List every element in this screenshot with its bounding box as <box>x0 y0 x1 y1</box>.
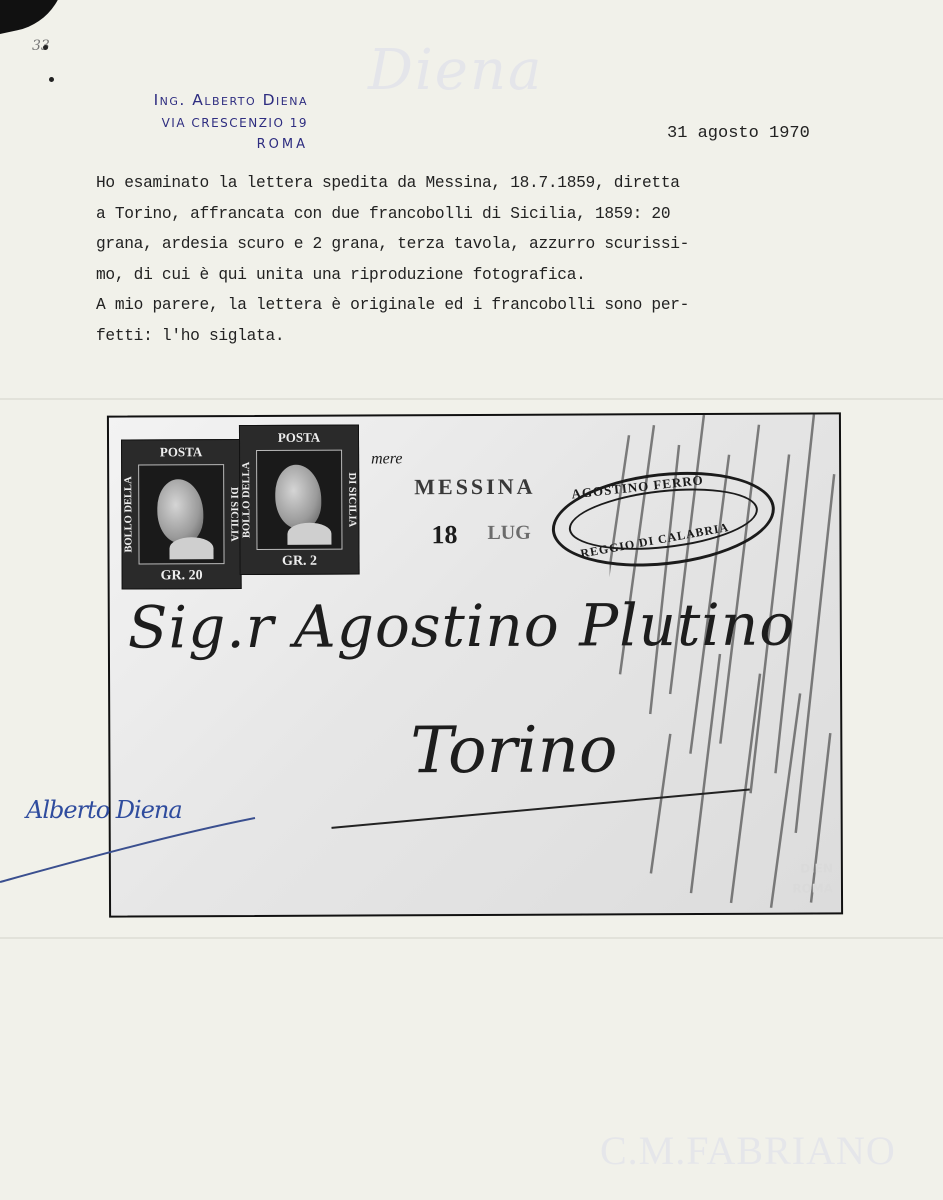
signature-stroke <box>0 0 943 1200</box>
expert-signature: Alberto Diena <box>26 796 182 824</box>
